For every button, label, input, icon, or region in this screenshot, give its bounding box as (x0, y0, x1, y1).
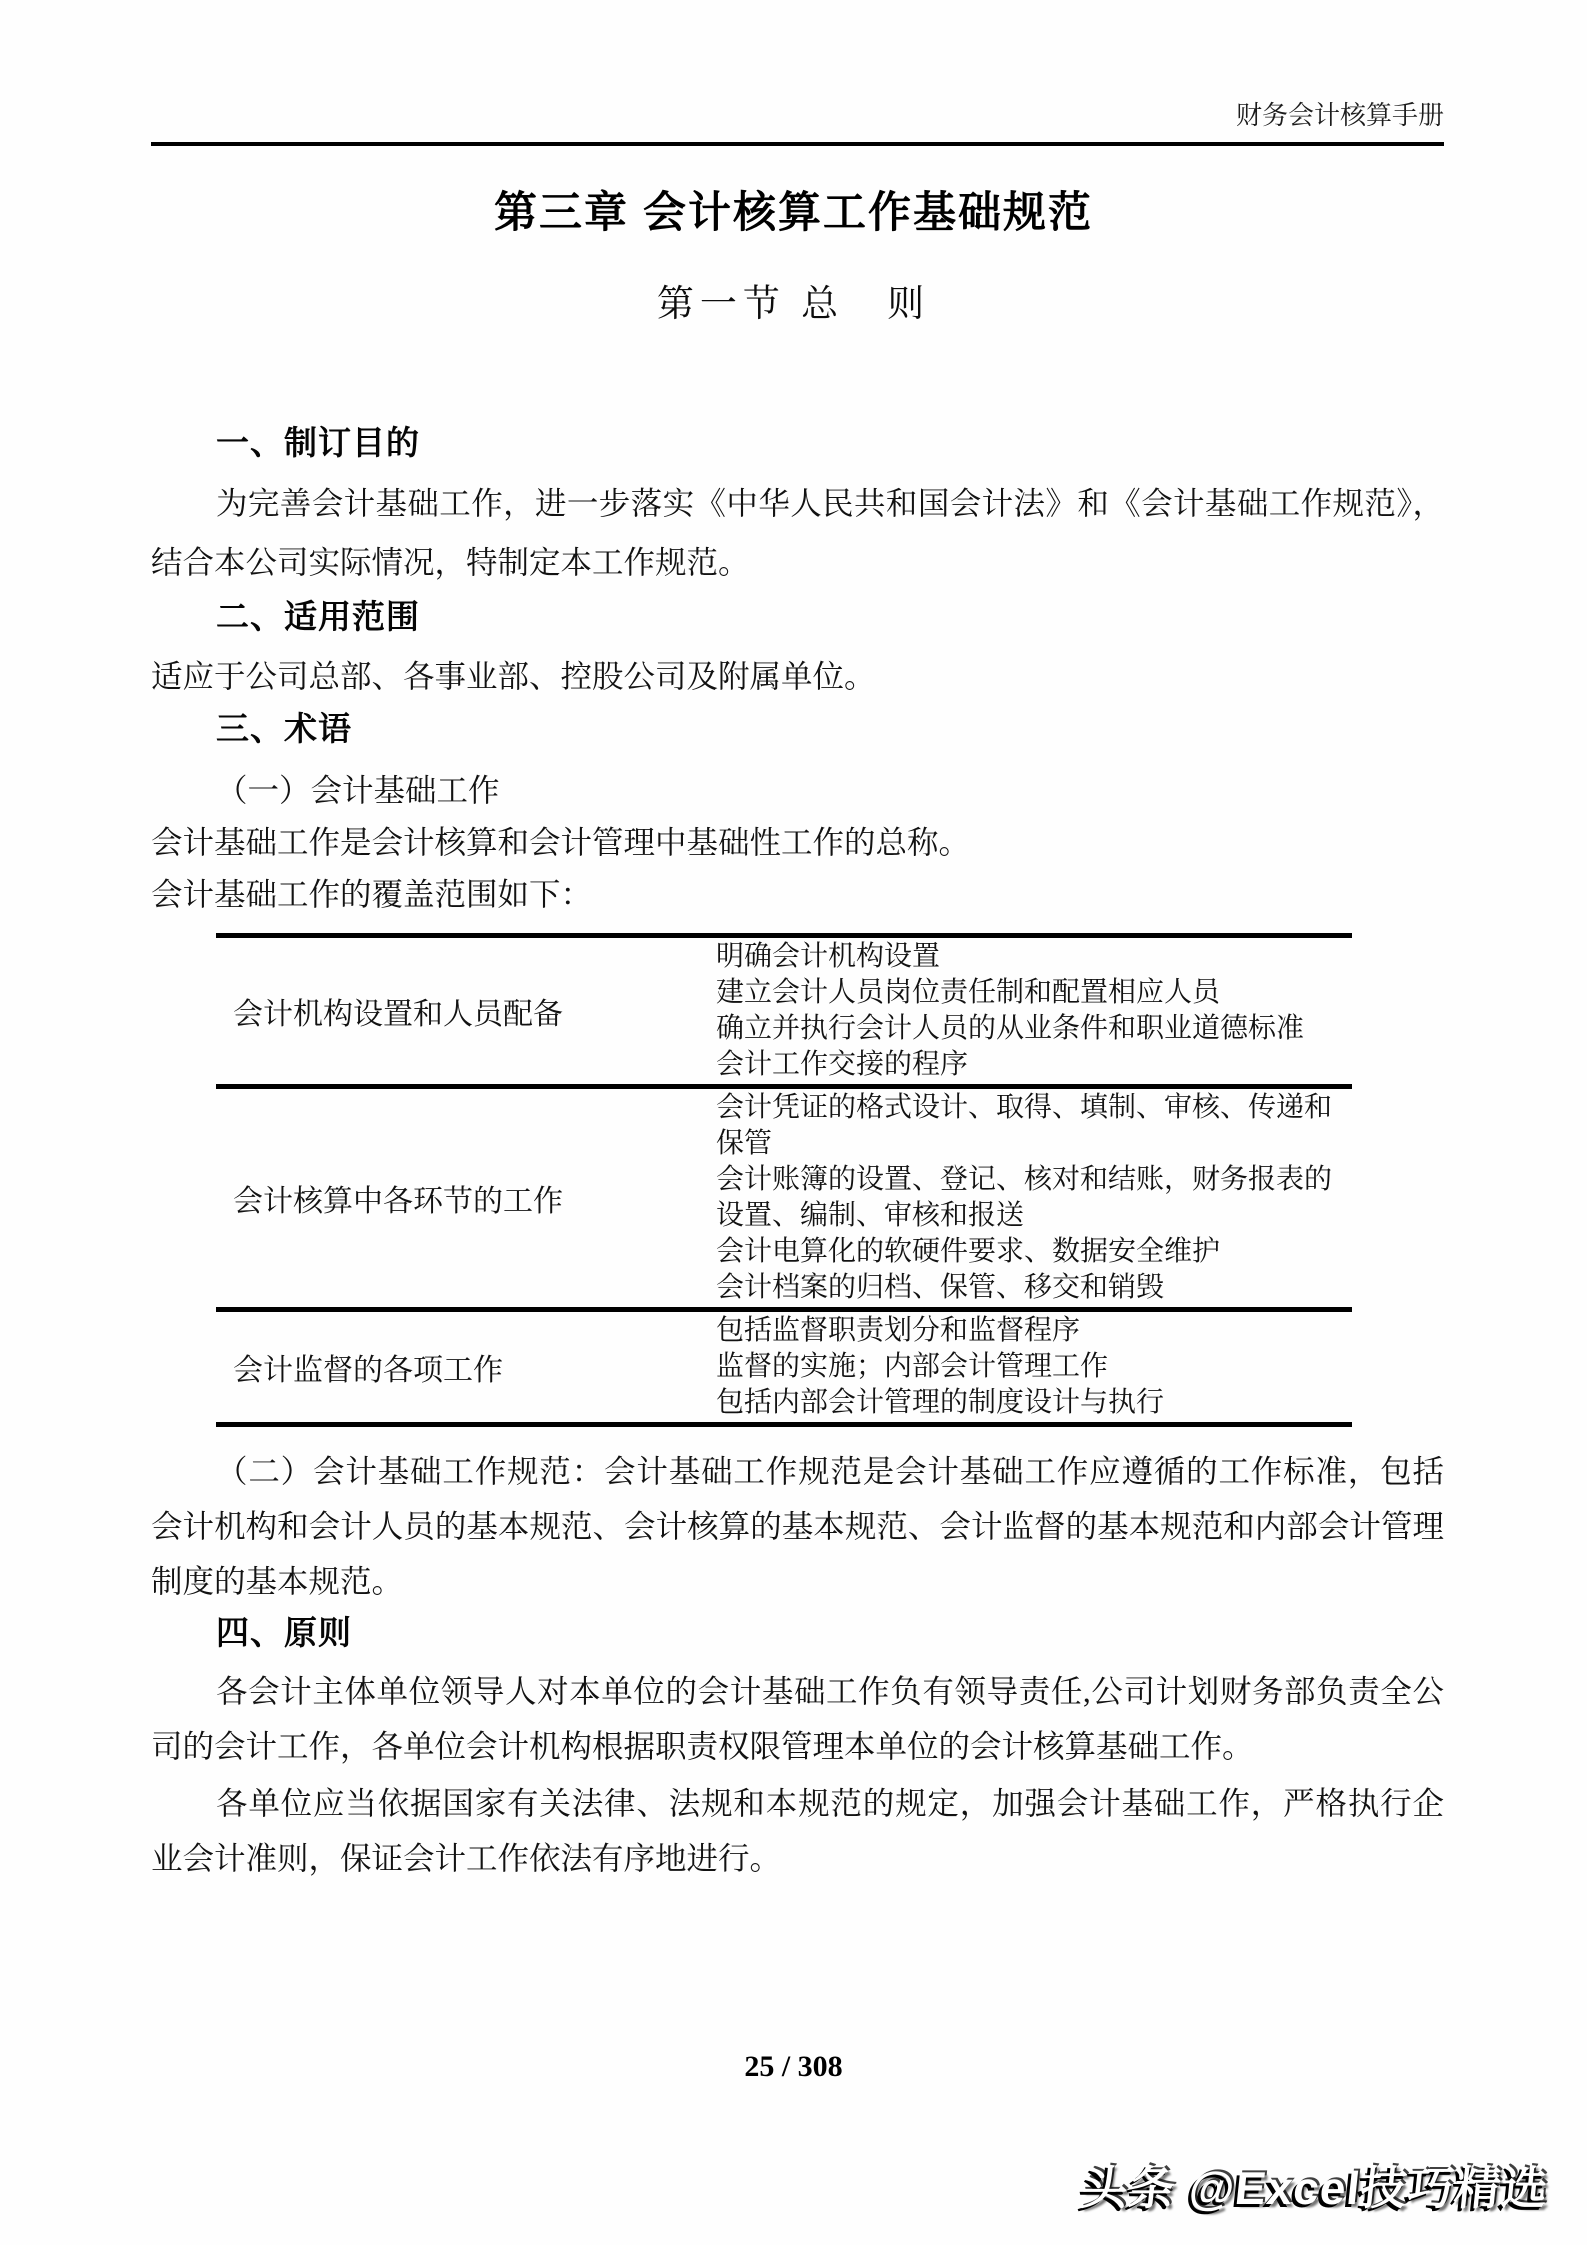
table-item: 建立会计人员岗位责任制和配置相应人员 (716, 975, 1352, 1011)
heading-purpose: 一、制订目的 (216, 422, 420, 464)
running-header: 财务会计核算手册 (151, 100, 1444, 132)
chapter-title: 第三章 会计核算工作基础规范 (0, 186, 1587, 240)
table-item: 会计电算化的软硬件要求、数据安全维护 (716, 1234, 1352, 1270)
table-item: 确立并执行会计人员的从业条件和职业道德标准 (716, 1011, 1352, 1047)
term-cell: 会计机构设置和人员配备 (216, 938, 716, 1084)
table-item: 会计档案的归档、保管、移交和销毁 (716, 1270, 1352, 1306)
table-item: 包括内部会计管理的制度设计与执行 (716, 1385, 1352, 1421)
watermark: 头条 @Excel技巧精选 (1079, 2152, 1553, 2218)
table-row: 会计核算中各环节的工作 会计凭证的格式设计、取得、填制、审核、传递和保管 会计账… (216, 1089, 1352, 1312)
paragraph-purpose: 为完善会计基础工作，进一步落实《中华人民共和国会计法》和《会计基础工作规范》，结… (151, 474, 1444, 592)
paragraph-principles-1: 各会计主体单位领导人对本单位的会计基础工作负有领导责任,公司计划财务部负责全公司… (151, 1664, 1444, 1774)
page-number: 25 / 308 (0, 2050, 1587, 2084)
paragraph-principles-2: 各单位应当依据国家有关法律、法规和本规范的规定，加强会计基础工作，严格执行企业会… (151, 1776, 1444, 1886)
table-item: 监督的实施；内部会计管理工作 (716, 1349, 1352, 1385)
table-item: 包括监督职责划分和监督程序 (716, 1313, 1352, 1349)
section-title: 第一节 总 则 (0, 282, 1587, 328)
document-page: 财务会计核算手册 第三章 会计核算工作基础规范 第一节 总 则 一、制订目的 为… (0, 0, 1587, 2245)
term-cell: 会计核算中各环节的工作 (216, 1089, 716, 1307)
items-cell: 明确会计机构设置 建立会计人员岗位责任制和配置相应人员 确立并执行会计人员的从业… (716, 938, 1352, 1084)
table-intro: 会计基础工作的覆盖范围如下： (151, 874, 1444, 916)
items-cell: 包括监督职责划分和监督程序 监督的实施；内部会计管理工作 包括内部会计管理的制度… (716, 1312, 1352, 1422)
table-row: 会计机构设置和人员配备 明确会计机构设置 建立会计人员岗位责任制和配置相应人员 … (216, 938, 1352, 1089)
header-rule (151, 142, 1444, 146)
paragraph-scope: 适应于公司总部、各事业部、控股公司及附属单位。 (151, 656, 1444, 698)
table-row: 会计监督的各项工作 包括监督职责划分和监督程序 监督的实施；内部会计管理工作 包… (216, 1312, 1352, 1422)
heading-scope: 二、适用范围 (216, 596, 420, 638)
table-item: 会计工作交接的程序 (716, 1047, 1352, 1083)
table-item: 会计凭证的格式设计、取得、填制、审核、传递和保管 (716, 1090, 1352, 1162)
table-item: 会计账簿的设置、登记、核对和结账，财务报表的设置、编制、审核和报送 (716, 1162, 1352, 1234)
heading-principles: 四、原则 (216, 1612, 352, 1654)
coverage-table: 会计机构设置和人员配备 明确会计机构设置 建立会计人员岗位责任制和配置相应人员 … (216, 933, 1352, 1427)
term1-definition: 会计基础工作是会计核算和会计管理中基础性工作的总称。 (151, 822, 1444, 864)
term2-paragraph: （二）会计基础工作规范：会计基础工作规范是会计基础工作应遵循的工作标准，包括会计… (151, 1444, 1444, 1609)
term-cell: 会计监督的各项工作 (216, 1312, 716, 1422)
term1-label: （一）会计基础工作 (151, 770, 1444, 812)
items-cell: 会计凭证的格式设计、取得、填制、审核、传递和保管 会计账簿的设置、登记、核对和结… (716, 1089, 1352, 1307)
heading-terms: 三、术语 (216, 708, 352, 750)
table-item: 明确会计机构设置 (716, 939, 1352, 975)
